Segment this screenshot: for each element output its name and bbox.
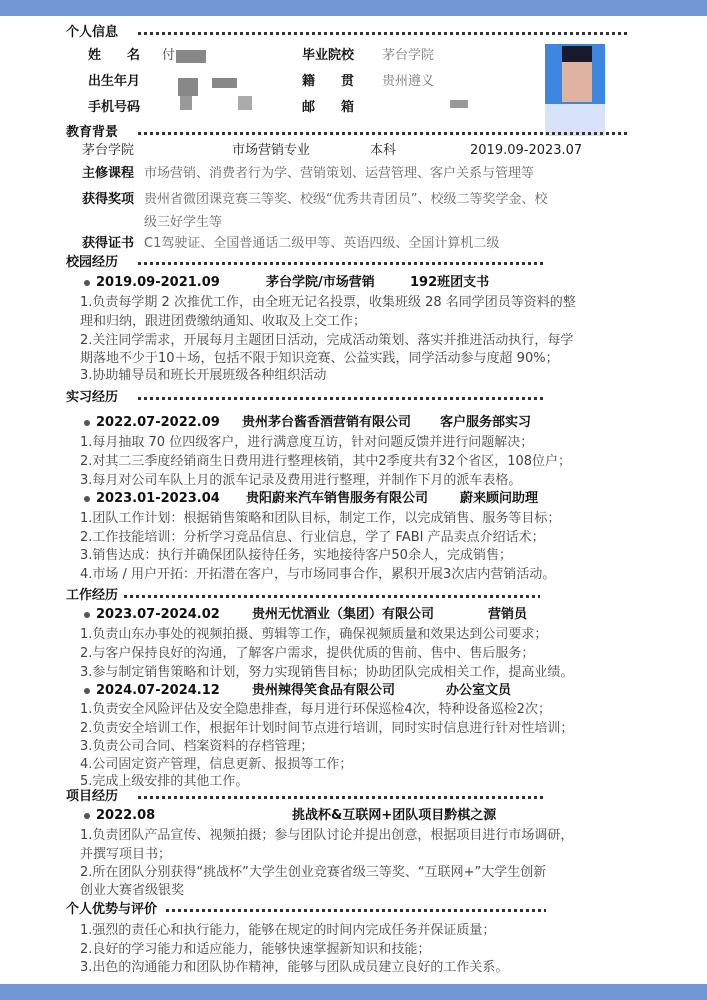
- redacted-birth: [178, 78, 198, 96]
- intern-line: 3.每月对公司车队上月的派车记录及费用进行整理，并制作下月的派车表格。: [80, 471, 521, 491]
- school-value: 茅台学院: [382, 46, 434, 66]
- email-label: 邮 箱: [302, 98, 354, 118]
- evaluation-line: 3.出色的沟通能力和团队协作精神，能够与团队成员建立良好的工作关系。: [80, 958, 508, 978]
- bullet-icon: [84, 496, 90, 502]
- bullet-icon: [84, 612, 90, 618]
- top-color-bar: [0, 0, 707, 16]
- campus-period: 2019.09-2021.09: [96, 273, 220, 293]
- work-line: 2.负责安全培训工作，根据年计划时间节点进行培训，同时实时信息进行针对性培训；: [80, 719, 573, 739]
- phone-label: 手机号码: [88, 98, 140, 118]
- work-org: 贵州无忧酒业（集团）有限公司: [252, 605, 434, 625]
- intern-line: 2.工作技能培训：分析学习竞品信息、行业信息，学了 FABI 产品卖点介绍话术；: [80, 528, 545, 548]
- bullet-icon: [84, 688, 90, 694]
- hometown-value: 贵州遵义: [382, 72, 434, 92]
- redacted-phone-2: [238, 96, 252, 110]
- section-title: 个人信息: [66, 24, 118, 42]
- work-line: 2.与客户保持良好的沟通，了解客户需求，提供优质的售前、售中、售后服务；: [80, 644, 534, 664]
- campus-role: 192班团支书: [410, 273, 489, 293]
- edu-school: 茅台学院: [82, 141, 134, 161]
- work-line: 3.参与制定销售策略和计划，努力实现销售目标；协助团队完成相关工作，提高业绩。: [80, 663, 573, 683]
- intern-org: 贵州茅台酱香酒营销有限公司: [242, 413, 411, 433]
- section-project: 项目经历: [66, 788, 630, 806]
- dotted-divider: [138, 262, 546, 265]
- dotted-divider: [124, 595, 540, 598]
- bottom-color-bar: [0, 984, 707, 1000]
- bullet-icon: [84, 280, 90, 286]
- intern-role: 蔚来顾问助理: [460, 489, 538, 509]
- birth-label: 出生年月: [88, 72, 140, 92]
- campus-line: 理和归纳，跟进团费缴纳通知、收取及上交工作；: [80, 312, 366, 332]
- awards-label: 获得奖项: [82, 190, 134, 210]
- project-line: 并撰写项目书；: [80, 845, 171, 865]
- section-internship: 实习经历: [66, 389, 630, 407]
- section-title: 个人优势与评价: [66, 901, 157, 919]
- dotted-divider: [138, 796, 546, 799]
- work-line: 1.负责山东办事处的视频拍摄、剪辑等工作，确保视频质量和效果达到公司要求；: [80, 625, 547, 645]
- redacted-name: [176, 50, 206, 63]
- section-evaluation: 个人优势与评价: [66, 901, 630, 919]
- intern-period: 2022.07-2022.09: [96, 413, 220, 433]
- section-title: 工作经历: [66, 587, 118, 605]
- section-title: 校园经历: [66, 254, 118, 272]
- evaluation-line: 2.良好的学习能力和适应能力，能够快速掌握新知识和技能；: [80, 940, 430, 960]
- project-name: 挑战杯&互联网+团队项目黔棋之源: [292, 806, 496, 826]
- courses-label: 主修课程: [82, 164, 134, 184]
- edu-major: 市场营销专业: [232, 141, 310, 161]
- intern-line: 1.团队工作计划：根据销售策略和团队目标，制定工作，以完成销售、服务等目标；: [80, 509, 560, 529]
- section-campus: 校园经历: [66, 254, 630, 272]
- campus-org: 茅台学院/市场营销: [266, 273, 375, 293]
- project-line: 2.所在团队分别获得“挑战杯”大学生创业竞赛省级三等奖、“互联网+”大学生创新: [80, 863, 546, 883]
- profile-photo: [545, 36, 605, 136]
- work-line: 3.负责公司合同、档案资料的存档管理；: [80, 737, 313, 757]
- certs-value: C1驾驶证、全国普通话二级甲等、英语四级、全国计算机二级: [144, 234, 499, 254]
- section-education: 教育背景: [66, 124, 630, 142]
- name-label: 姓 名: [88, 46, 140, 66]
- work-role: 营销员: [488, 605, 527, 625]
- intern-line: 1.每月抽取 70 位四级客户，进行满意度互访，针对问题反馈并进行问题解决；: [80, 433, 533, 453]
- awards-value-cont: 级三好学生等: [144, 213, 222, 233]
- intern-period: 2023.01-2023.04: [96, 489, 220, 509]
- dotted-divider: [138, 397, 546, 400]
- name-value: 付: [162, 46, 175, 66]
- edu-degree: 本科: [370, 141, 396, 161]
- bullet-icon: [84, 813, 90, 819]
- hometown-label: 籍 贯: [302, 72, 354, 92]
- work-period: 2024.07-2024.12: [96, 681, 220, 701]
- intern-role: 客户服务部实习: [440, 413, 531, 433]
- work-role: 办公室文员: [446, 681, 511, 701]
- evaluation-line: 1.强烈的责任心和执行能力，能够在规定的时间内完成任务并保证质量；: [80, 921, 495, 941]
- section-title: 教育背景: [66, 124, 118, 142]
- project-period: 2022.08: [96, 806, 155, 826]
- redacted-email: [450, 100, 468, 108]
- campus-line: 1.负责每学期 2 次推优工作，由全班无记名投票，收集班级 28 名同学团员等资…: [80, 293, 576, 313]
- section-title: 项目经历: [66, 788, 118, 806]
- section-work: 工作经历: [66, 587, 630, 605]
- dotted-divider: [138, 32, 630, 35]
- intern-line: 2.对其二三季度经销商生日费用进行整理核销，其中2季度共有32个省区，108位户…: [80, 452, 571, 472]
- bullet-icon: [84, 420, 90, 426]
- certs-label: 获得证书: [82, 234, 134, 254]
- work-org: 贵州辣得笑食品有限公司: [252, 681, 395, 701]
- work-period: 2023.07-2024.02: [96, 605, 220, 625]
- school-label: 毕业院校: [302, 46, 354, 66]
- edu-period: 2019.09-2023.07: [470, 141, 582, 161]
- courses-value: 市场营销、消费者行为学、营销策划、运营管理、客户关系与管理等: [144, 164, 534, 184]
- campus-line: 2.关注同学需求，开展每月主题团日活动，完成活动策划、落实并推进活动执行，每学: [80, 331, 573, 351]
- campus-line: 3.协助辅导员和班长开展班级各种组织活动: [80, 366, 326, 386]
- redacted-birth-2: [212, 78, 237, 88]
- project-line: 1.负责团队产品宣传、视频拍摄；参与团队讨论并提出创意，根据项目进行市场调研，: [80, 826, 573, 846]
- intern-line: 3.销售达成：执行并确保团队接待任务，实地接待客户50余人，完成销售；: [80, 546, 512, 566]
- section-title: 实习经历: [66, 389, 118, 407]
- awards-value: 贵州省微团课竞赛三等奖、校级“优秀共青团员”、校级二等奖学金、校: [144, 190, 547, 210]
- project-line: 创业大赛省级银奖: [80, 881, 184, 901]
- intern-line: 4.市场 / 用户开拓：开拓潜在客户，与市场同事合作，累积开展3次店内营销活动。: [80, 565, 555, 585]
- redacted-phone: [180, 96, 192, 110]
- dotted-divider: [138, 132, 630, 135]
- intern-org: 贵阳蔚来汽车销售服务有限公司: [246, 489, 428, 509]
- dotted-divider: [166, 909, 546, 912]
- work-line: 1.负责安全风险评估及安全隐患排查，每月进行环保巡检4次，特种设备巡检2次；: [80, 700, 551, 720]
